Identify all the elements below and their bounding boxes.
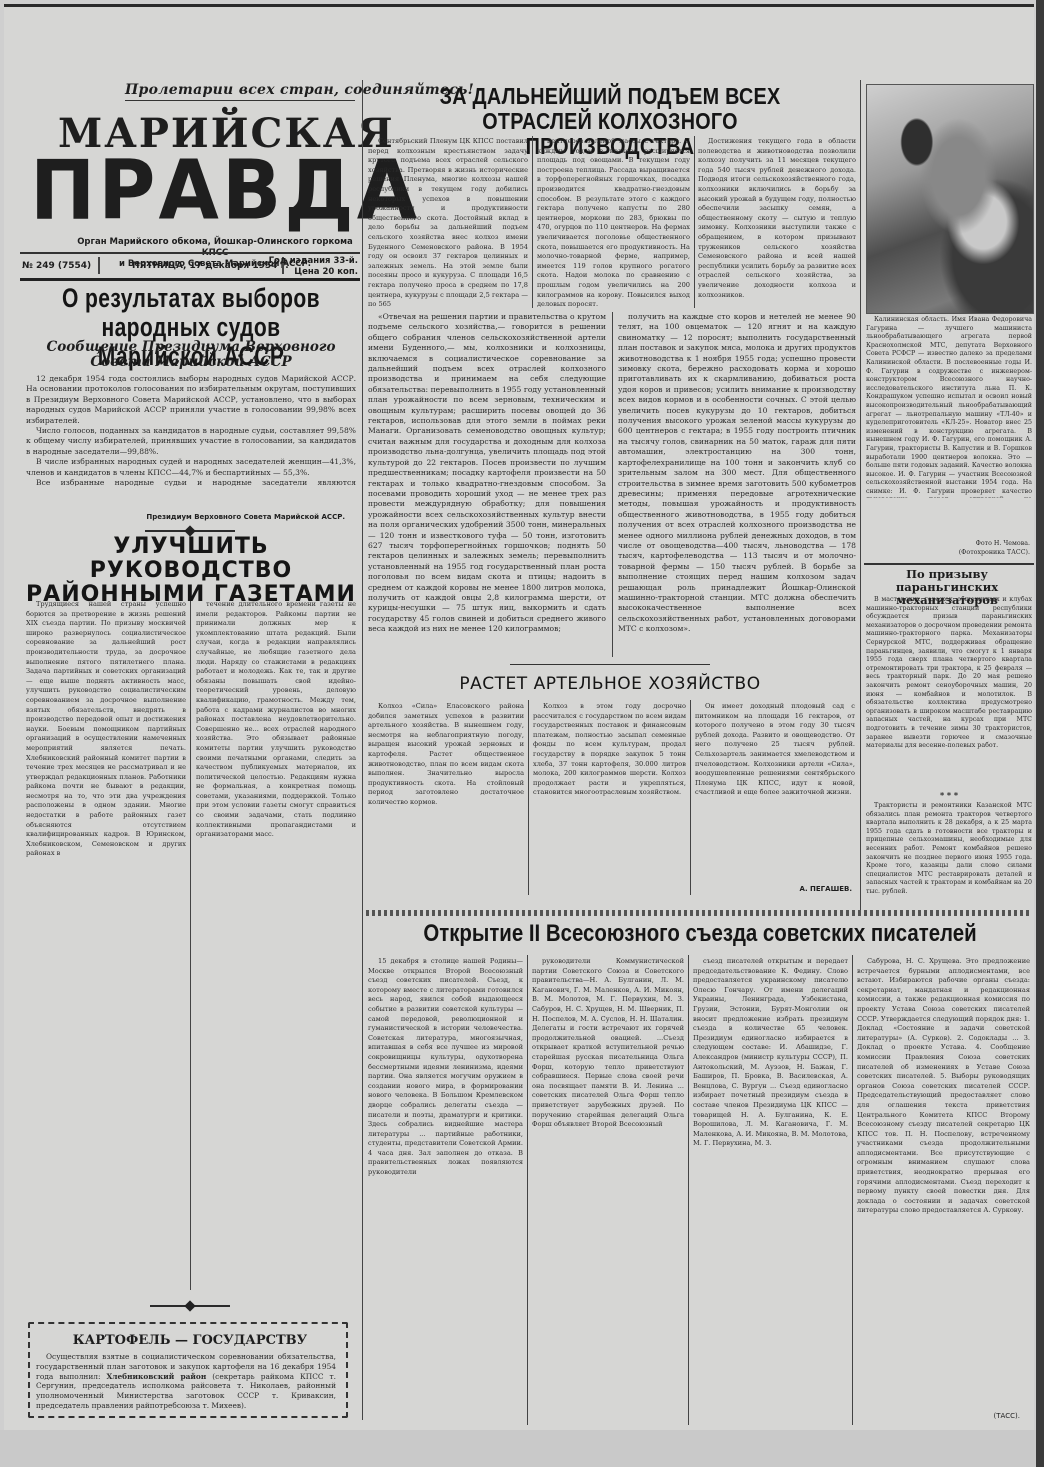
section-ornament: [150, 1305, 230, 1307]
wavy-rule: [366, 910, 1032, 916]
artel-col-1: Колхоз «Сила» Еласовского района добился…: [368, 702, 524, 897]
agriculture-col-2: центнеров зеленой массы с гектара. С каж…: [537, 137, 690, 309]
year-of-publication: Год издания 33-й.: [269, 256, 358, 267]
photo-caption-text: Калининская область. Имя Ивана Федорович…: [866, 316, 1032, 486]
writers-col-4: Сабурова, Н. С. Хрущева. Это предложение…: [857, 957, 1030, 1397]
issue-number: № 249 (7554): [22, 261, 91, 271]
paragraph: В числе избранных народных судей и народ…: [26, 457, 356, 478]
news-photo: [866, 84, 1034, 314]
mechanizers-separator: * * *: [866, 790, 1032, 800]
issue-meta: Год издания 33-й. Цена 20 коп.: [269, 256, 358, 278]
elections-body: 12 декабря 1954 года состоялись выборы н…: [26, 374, 356, 486]
artel-headline: РАСТЕТ АРТЕЛЬНОЕ ХОЗЯЙСТВО: [365, 674, 855, 694]
artel-col-3: Он имеет доходный плодовый сад с питомни…: [695, 702, 855, 882]
mechanizers-body: В мастерских, гаражах, общежитиях и клуб…: [866, 596, 1032, 790]
price: Цена 20 коп.: [269, 267, 358, 278]
paragraph: 12 декабря 1954 года состоялись выборы н…: [26, 374, 356, 426]
section-rule: [510, 664, 710, 665]
elections-subheadline: Сообщение Президиума Верховного Совета М…: [22, 340, 360, 370]
issue-separator: [98, 257, 100, 274]
potato-headline: КАРТОФЕЛЬ — ГОСУДАРСТВУ: [40, 1333, 340, 1348]
potato-body: Осуществляя взятые в социалистическом со…: [36, 1352, 336, 1410]
column-rule: [190, 600, 191, 1290]
column-rule: [860, 80, 861, 910]
column-rule: [527, 955, 528, 1425]
newspapers-col-1: Трудящиеся нашей страны успешно борются …: [26, 600, 186, 1300]
photo-credit-line-2: (Фотохроника ТАСС).: [900, 549, 1030, 558]
writers-credit: (ТАСС).: [960, 1412, 1020, 1420]
column-rule: [688, 955, 689, 1425]
artel-col-2: Колхоз в этом году досрочно рассчитался …: [533, 702, 686, 897]
potato-district: Хлебниковский район: [107, 1372, 207, 1381]
section-ornament: [145, 530, 235, 532]
agriculture-quote-right: получить на каждые сто коров и нетелей н…: [618, 312, 856, 657]
issue-info-bar: № 249 (7554) ПЯТНИЦА, 17 декабря 1954 г.…: [20, 252, 360, 281]
masthead-title-main: ПРАВДА: [30, 148, 355, 234]
writers-col-3: съезд писателей открытым и передает пред…: [693, 957, 848, 1422]
column-rule: [532, 136, 533, 308]
artel-signature: А. ПЕГАШЕВ.: [740, 885, 852, 893]
column-rule: [528, 700, 529, 895]
paragraph: Все избранные народные судьи и народные …: [26, 478, 356, 486]
issue-date: ПЯТНИЦА, 17 декабря 1954 г.: [132, 261, 289, 271]
newspapers-headline: УЛУЧШИТЬ РУКОВОДСТВО РАЙОННЫМИ ГАЗЕТАМИ: [22, 535, 360, 607]
newspapers-col-2: течение длительного времени газеты не им…: [196, 600, 356, 1300]
column-rule: [362, 80, 363, 1420]
scan-edge-right: [1036, 0, 1044, 1467]
writers-headline: Открытие II Всесоюзного съезда советских…: [415, 920, 985, 948]
agriculture-quote-left: «Отвечая на решения партии и правительст…: [368, 312, 606, 657]
photo-credit-line-1: Фото Н. Чемова.: [900, 540, 1030, 549]
paragraph: Число голосов, поданных за кандидатов в …: [26, 426, 356, 457]
agriculture-col-1: Сентябрьский Пленум ЦК КПСС поставил пер…: [368, 137, 528, 309]
elections-signature: Президиум Верховного Совета Марийской АС…: [100, 513, 345, 521]
mechanizers-body-2: Трактористы и ремонтники Казанской МТС о…: [866, 802, 1032, 902]
writers-col-2: руководители Коммунистической партии Сов…: [532, 957, 684, 1422]
column-rule: [852, 955, 853, 1425]
writers-col-1: 15 декабря в столице нашей Родины—Москве…: [368, 957, 523, 1422]
column-rule: [690, 700, 691, 895]
photo-caption: Калининская область. Имя Ивана Федорович…: [866, 316, 1032, 498]
photo-credit: Фото Н. Чемова. (Фотохроника ТАСС).: [900, 540, 1030, 560]
section-rule: [864, 563, 1034, 565]
column-rule: [694, 136, 695, 308]
slogan-underline: [125, 100, 355, 101]
agriculture-col-3: Достижения текущего года в области полев…: [698, 137, 856, 309]
scan-margin-bottom: [0, 1430, 1044, 1467]
column-rule: [612, 312, 613, 657]
